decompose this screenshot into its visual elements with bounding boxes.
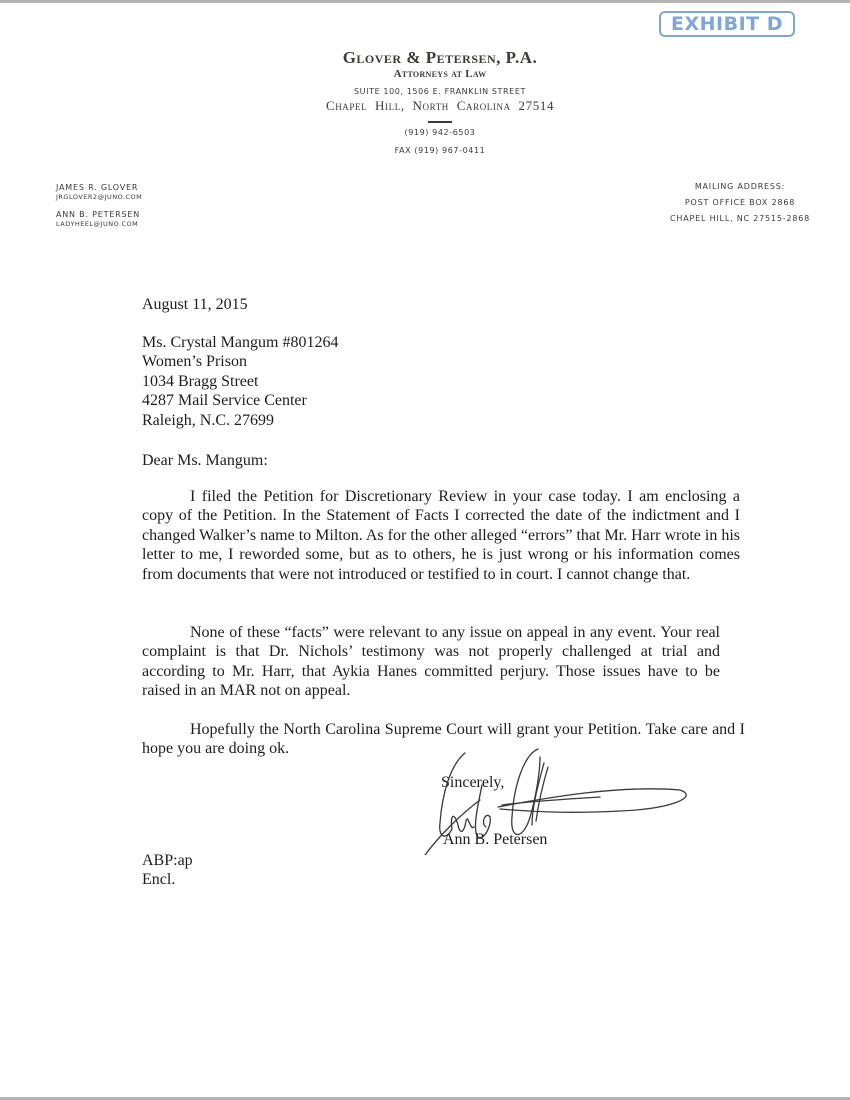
mailing-address-line2: CHAPEL HILL, NC 27515-2868: [640, 211, 840, 227]
page-edge-top: [0, 0, 850, 3]
mailing-address-label: MAILING ADDRESS:: [640, 179, 840, 195]
recipient-line: Ms. Crystal Mangum #801264: [142, 333, 742, 352]
letter-date: August 11, 2015: [142, 295, 742, 314]
typist-initials: ABP:ap: [142, 851, 193, 870]
recipient-line: Raleigh, N.C. 27699: [142, 411, 742, 430]
enclosure-note: Encl.: [142, 870, 193, 889]
attorney-name: ANN B. PETERSEN: [56, 210, 142, 220]
attorney-entry: JAMES R. GLOVER JRGLOVER2@JUNO.COM: [56, 183, 142, 202]
letterhead-divider: [428, 121, 452, 123]
attorney-email: LADYHEEL@JUNO.COM: [56, 220, 142, 229]
attorney-list: JAMES R. GLOVER JRGLOVER2@JUNO.COM ANN B…: [56, 183, 142, 237]
body-paragraph: None of these “facts” were relevant to a…: [142, 623, 720, 701]
mailing-address: MAILING ADDRESS: POST OFFICE BOX 2868 CH…: [640, 179, 840, 227]
firm-address-line1: SUITE 100, 1506 E. FRANKLIN STREET: [0, 87, 850, 96]
firm-address-line2: Chapel Hill, North Carolina 27514: [0, 98, 850, 114]
exhibit-stamp: EXHIBIT D: [659, 11, 795, 37]
recipient-line: 4287 Mail Service Center: [142, 391, 742, 410]
recipient-line: 1034 Bragg Street: [142, 372, 742, 391]
recipient-address: Ms. Crystal Mangum #801264 Women’s Priso…: [142, 333, 742, 430]
attorney-entry: ANN B. PETERSEN LADYHEEL@JUNO.COM: [56, 210, 142, 229]
mailing-address-line1: POST OFFICE BOX 2868: [640, 195, 840, 211]
firm-subtitle: Attorneys at Law: [0, 68, 850, 80]
attorney-email: JRGLOVER2@JUNO.COM: [56, 193, 142, 202]
recipient-line: Women’s Prison: [142, 352, 742, 371]
body-paragraph: I filed the Petition for Discretionary R…: [142, 487, 740, 584]
firm-fax: FAX (919) 967-0411: [0, 146, 850, 155]
reference-block: ABP:ap Encl.: [142, 851, 193, 890]
salutation: Dear Ms. Mangum:: [142, 451, 742, 470]
firm-name: Glover & Petersen, P.A.: [0, 48, 850, 68]
firm-phone: (919) 942-6503: [0, 128, 850, 137]
attorney-name: JAMES R. GLOVER: [56, 183, 142, 193]
signer-name: Ann B. Petersen: [443, 831, 547, 849]
